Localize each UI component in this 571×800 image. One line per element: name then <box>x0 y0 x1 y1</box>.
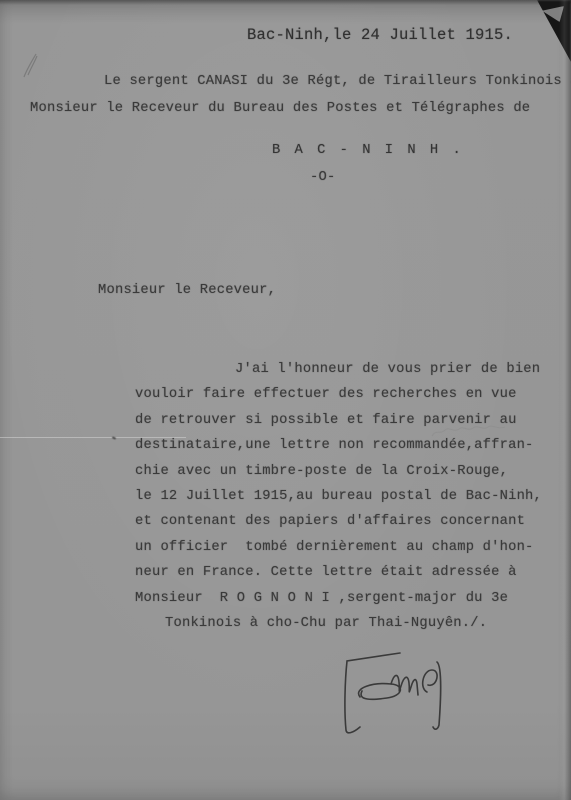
scan-top-edge-shadow <box>0 0 571 5</box>
date-line: Bac-Ninh,le 24 Juillet 1915. <box>247 26 513 44</box>
body-line: Monsieur R O G N O N I ,sergent-major du… <box>135 586 535 611</box>
body-line: Tonkinois à cho-Chu par Thai-Nguyên./. <box>135 611 535 636</box>
pencil-annotation-illegible <box>428 420 510 442</box>
place-heading: B A C - N I N H . <box>272 143 464 158</box>
body-line: et contenant des papiers d'affaires conc… <box>135 509 535 534</box>
sender-line: Le sergent CANASI du 3e Régt, de Tiraill… <box>104 74 571 89</box>
paper-right-edge-shading <box>559 0 571 800</box>
recipient-line: Monsieur le Receveur du Bureau des Poste… <box>30 101 530 116</box>
body-line: le 12 Juillet 1915,au bureau postal de B… <box>135 484 535 509</box>
paper-speck <box>112 436 116 439</box>
salutation: Monsieur le Receveur, <box>98 283 276 298</box>
body-line: neur en France. Cette lettre était adres… <box>135 560 535 585</box>
pencil-stray-mark <box>18 50 40 80</box>
handwritten-signature <box>315 640 485 750</box>
body-line: J'ai l'honneur de vous prier de bien <box>135 357 535 382</box>
body-line: un officier tombé dernièrement au champ … <box>135 535 535 560</box>
section-divider: -O- <box>310 170 335 185</box>
scanned-letter-page: Bac-Ninh,le 24 Juillet 1915. Le sergent … <box>0 0 571 800</box>
body-line: vouloir faire effectuer des recherches e… <box>135 382 535 407</box>
body-line: chie avec un timbre-poste de la Croix-Ro… <box>135 459 535 484</box>
letter-body: J'ai l'honneur de vous prier de bien vou… <box>135 357 535 636</box>
